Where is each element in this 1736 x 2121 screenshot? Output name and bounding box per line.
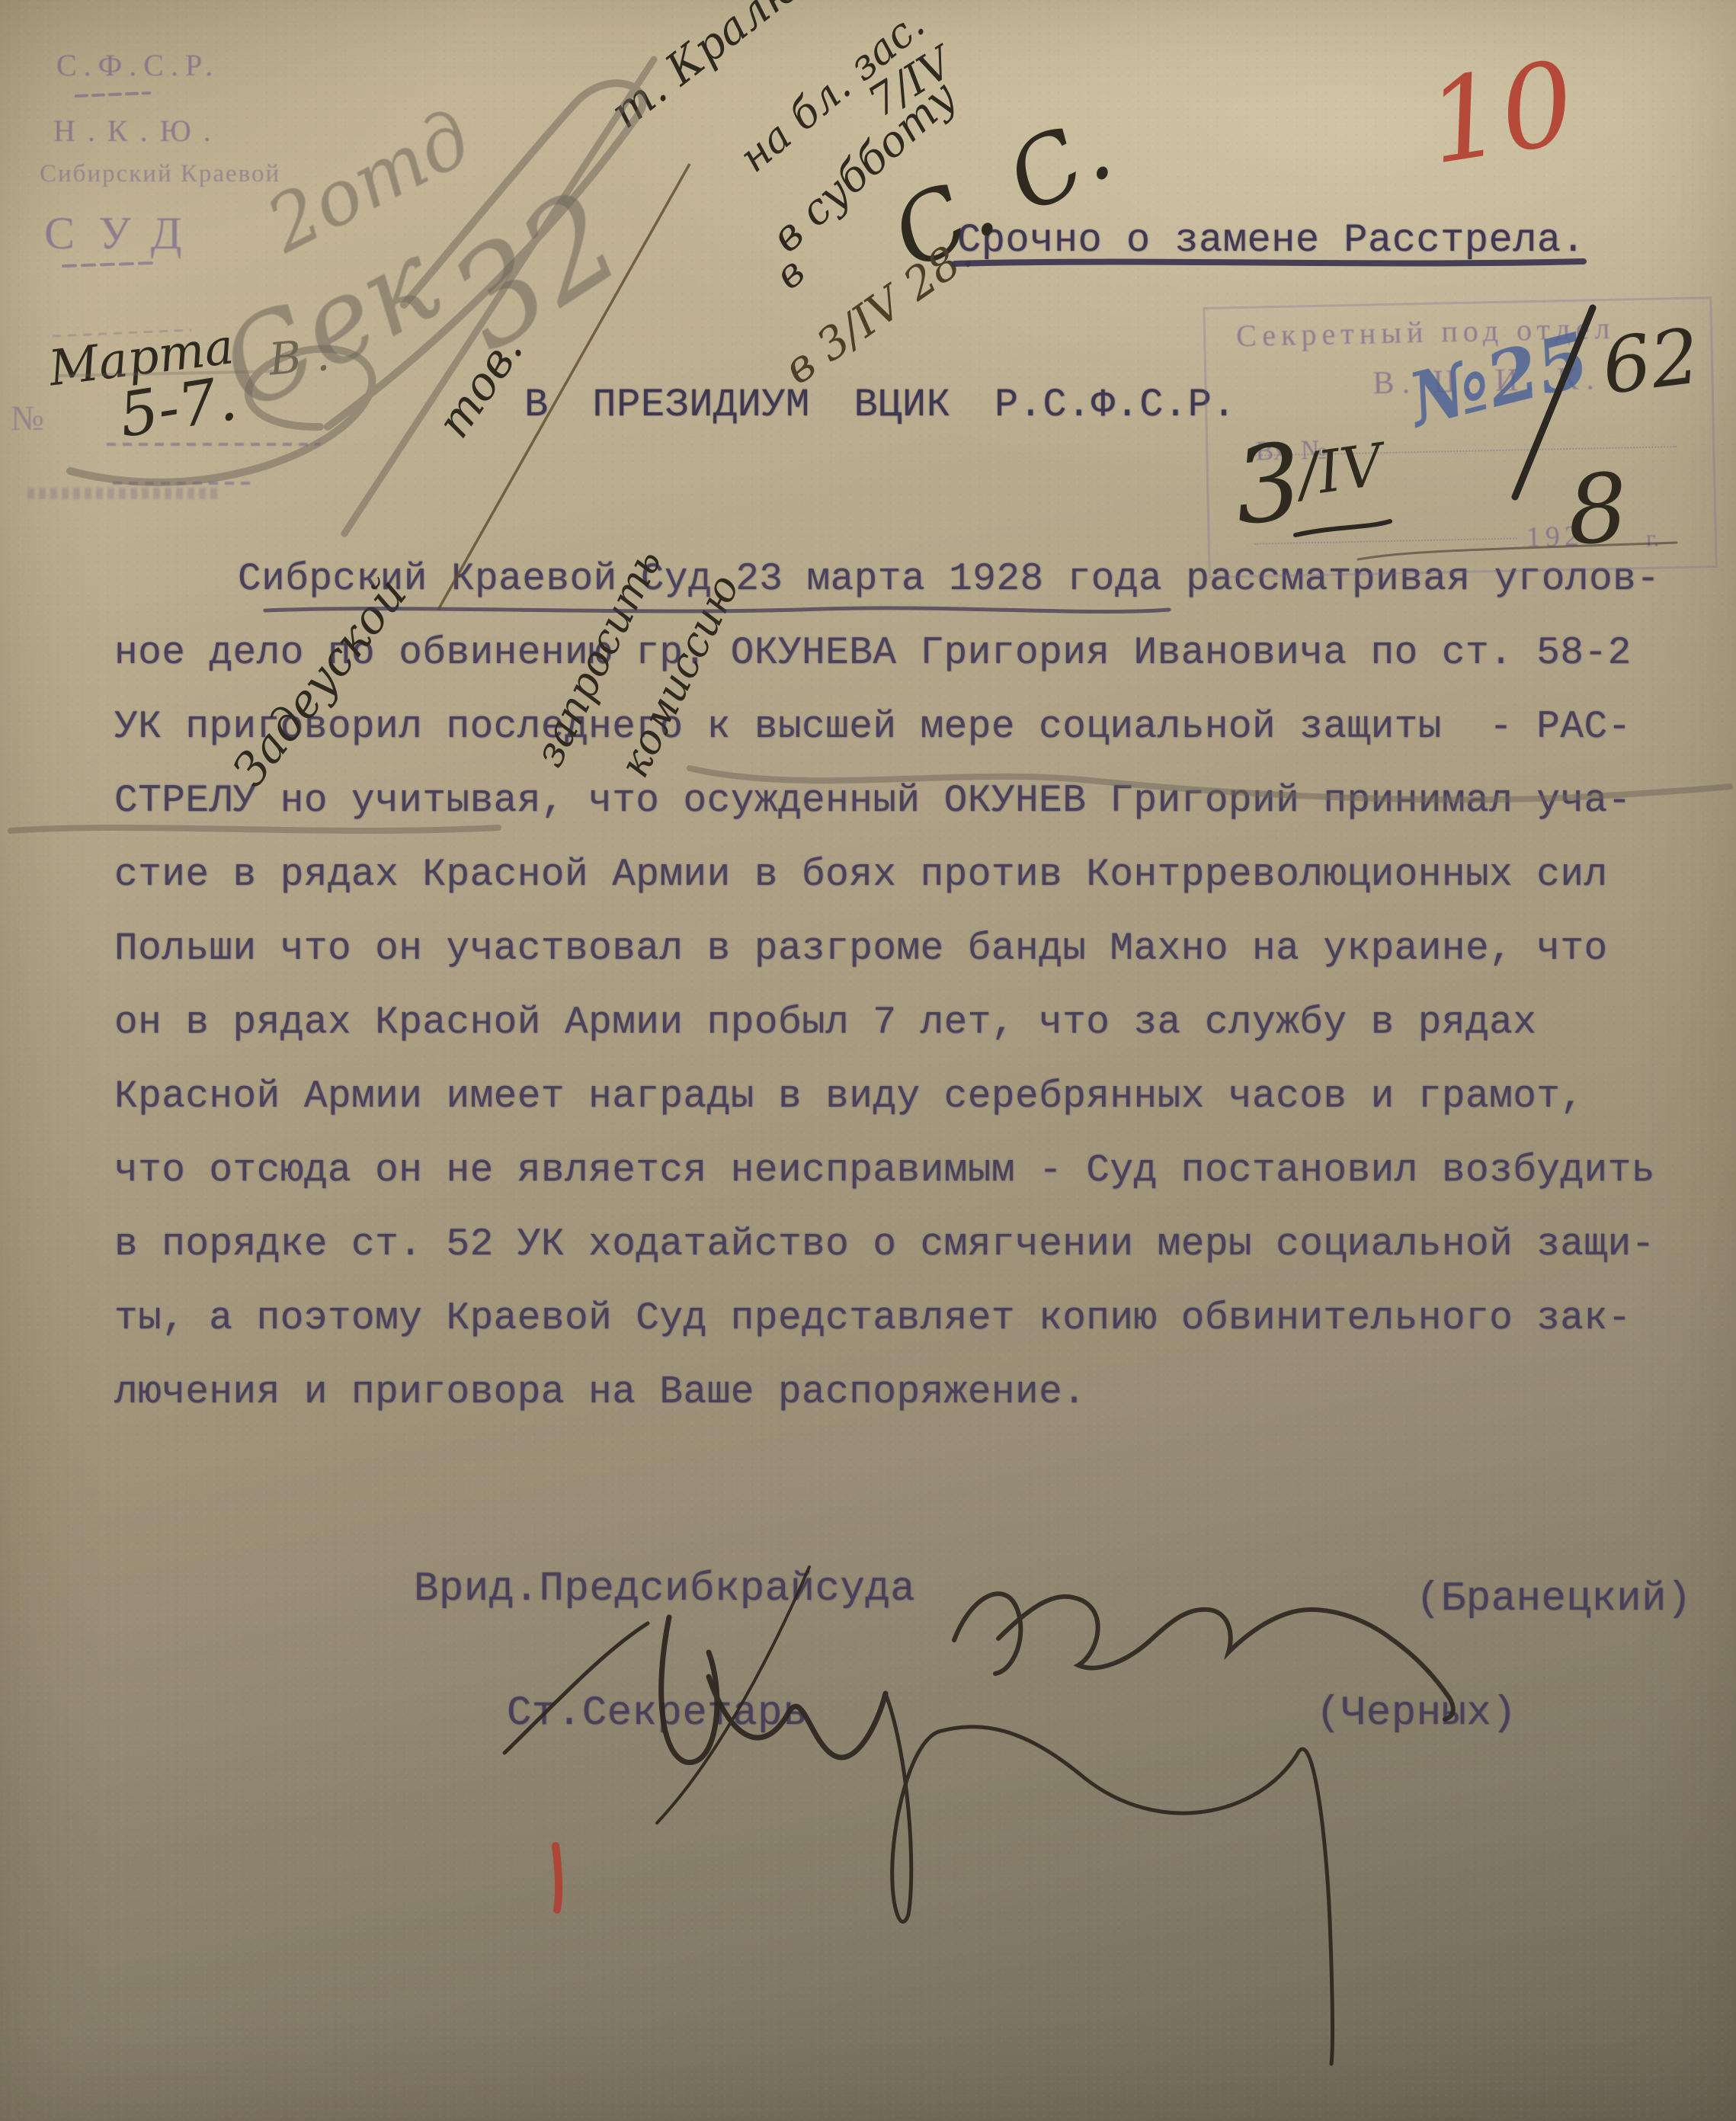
letterhead-court: СУД	[44, 207, 207, 260]
pencil-number: 32	[424, 161, 647, 380]
memo-preposition: в	[767, 249, 814, 299]
signature-title-chairman: Врид.Предсибкрайсуда	[414, 1566, 915, 1613]
signature-title-secretary: Ст.Секретарь	[507, 1690, 808, 1737]
document-scan: С.Ф.С.Р. Н.К.Ю. Сибирский Краевой СУД № …	[0, 0, 1736, 2121]
body-line: в порядке ст. 52 УК ходатайство о смягче…	[114, 1208, 1715, 1282]
case-number-lower: 8	[1564, 453, 1632, 566]
letterhead-number-sign: №	[11, 398, 44, 438]
body-line: СТРЕЛУ но учитывая, что осужденный ОКУНЕ…	[114, 764, 1715, 838]
letterhead-court-region: Сибирский Краевой	[40, 160, 280, 188]
page-number: 10	[1419, 37, 1584, 191]
case-number-denominator: 62	[1597, 311, 1705, 412]
letterhead-city-line	[27, 488, 218, 499]
stamp-year-suffix: г.	[1645, 524, 1659, 553]
body-line: что отсюда он не является неисправимым -…	[114, 1134, 1715, 1208]
letterhead-republic: С.Ф.С.Р.	[56, 47, 219, 83]
addressee-line: В ПРЕЗИДИУМ ВЦИК Р.С.Ф.С.Р.	[524, 383, 1236, 428]
body-line: Красной Армии имеет награды в виду сереб…	[114, 1060, 1715, 1134]
body-line: ты, а поэтому Краевой Суд представляет к…	[114, 1282, 1715, 1356]
letterhead-commissariat: Н.К.Ю.	[53, 113, 223, 149]
body-line: УК приговорил последнего к высшей мере с…	[114, 690, 1715, 764]
signature-name-chairman: (Бранецкий)	[1416, 1576, 1692, 1623]
body-line: Польши что он участвовал в разгроме банд…	[114, 912, 1715, 986]
red-crayon-mark	[556, 1846, 559, 1910]
stamp-handwritten-day: 3	[1228, 420, 1308, 549]
letterhead-rule	[113, 482, 254, 485]
stamp-handwritten-month: /IV	[1294, 431, 1387, 510]
body-line: стие в рядах Красной Армии в боях против…	[114, 838, 1715, 912]
body-line: лючения и приговора на Ваше распоряжение…	[114, 1356, 1715, 1430]
signature-name-secretary: (Черных)	[1316, 1690, 1517, 1737]
secretary-signature	[504, 1567, 1332, 2064]
body-line: он в рядах Красной Армии пробыл 7 лет, ч…	[114, 986, 1715, 1060]
